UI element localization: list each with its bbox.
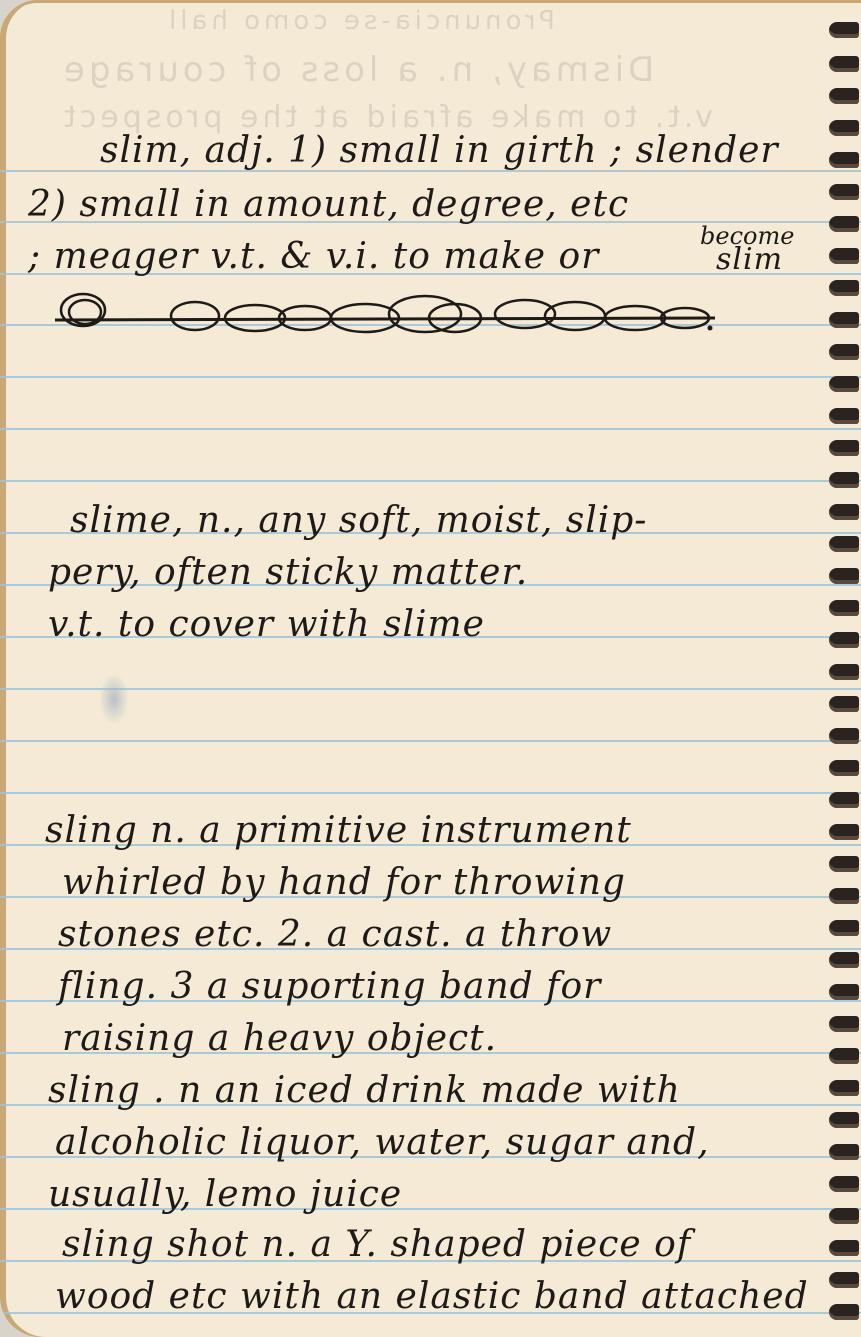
entry-sling-drink-line-1: sling . n an iced drink made with (48, 1070, 861, 1111)
crossed-out-scribble (55, 288, 715, 336)
entry-slime-line-2: pery, often sticky matter. (48, 552, 861, 593)
entry-sling-drink-line-2: alcoholic liquor, water, sugar and, (55, 1122, 861, 1163)
entry-slingshot-line-2: wood etc with an elastic band attached (55, 1276, 861, 1317)
bleed-through-text: Pronuncia-se como hall (165, 6, 555, 36)
entry-slim-line-1: slim, adj. 1) small in girth ; slender (100, 130, 861, 171)
entry-slime-line-1: slime, n., any soft, moist, slip- (70, 500, 861, 541)
entry-sling-line-1: sling n. a primitive instrument (45, 810, 861, 851)
entry-slime-line-3: v.t. to cover with slime (48, 604, 861, 645)
entry-sling-line-2: whirled by hand for throwing (62, 862, 861, 903)
bleed-through-text: Dismay, n. a loss of courage (60, 50, 654, 90)
ink-stain (100, 675, 128, 723)
notebook-page: Pronuncia-se como hall Dismay, n. a loss… (0, 0, 861, 1337)
entry-slim-line-2: 2) small in amount, degree, etc (28, 184, 858, 225)
entry-sling-drink-line-3: usually, lemo juice (48, 1174, 861, 1215)
spiral-binding (827, 0, 861, 1337)
entry-sling-line-4: fling. 3 a suporting band for (58, 966, 861, 1007)
entry-sling-line-3: stones etc. 2. a cast. a throw (58, 914, 861, 955)
entry-slingshot-line-1: sling shot n. a Y. shaped piece of (62, 1224, 861, 1265)
entry-sling-line-5: raising a heavy object. (62, 1018, 861, 1059)
